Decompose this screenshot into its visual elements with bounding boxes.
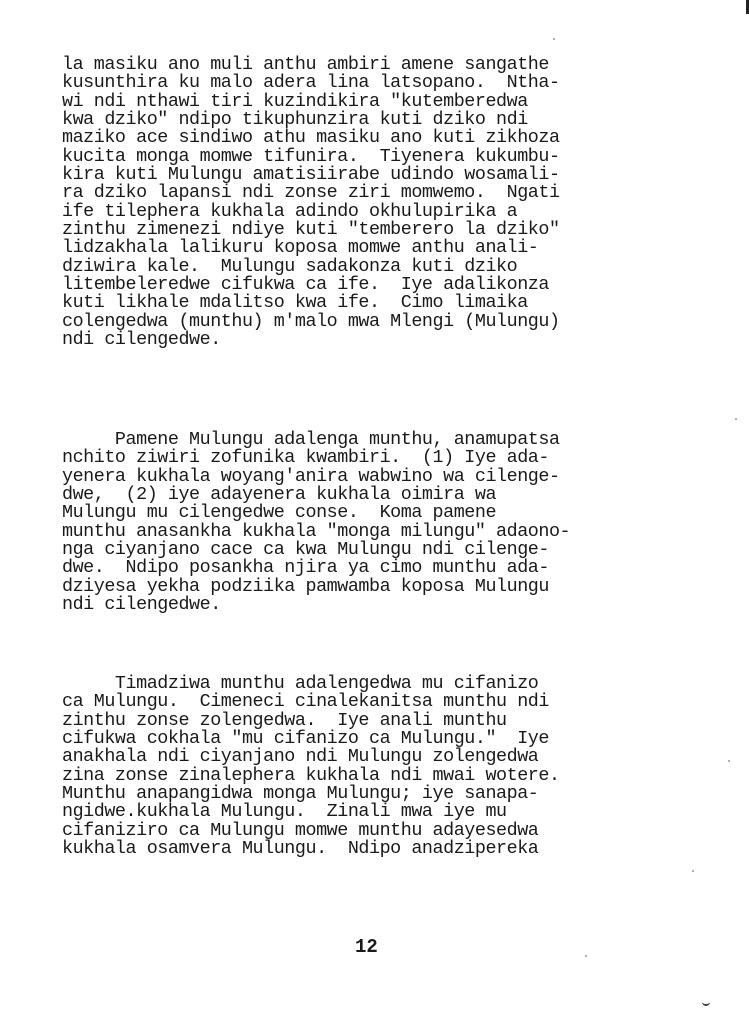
paragraph-1: la masiku ano muli anthu ambiri amene sa… (62, 56, 560, 350)
scan-speck (735, 418, 737, 420)
scan-corner-mark (702, 1000, 710, 1006)
scan-speck (553, 38, 555, 40)
page-number: 12 (355, 936, 378, 958)
scanned-page: la masiku ano muli anthu ambiri amene sa… (0, 0, 749, 1016)
paragraph-3: Timadziwa munthu adalengedwa mu cifanizo… (62, 675, 560, 858)
paragraph-2: Pamene Mulungu adalenga munthu, anamupat… (62, 431, 570, 614)
text-line: ndi cilengedwe. (62, 596, 570, 614)
text-line: ndi cilengedwe. (62, 331, 560, 349)
scan-speck (585, 955, 587, 957)
scan-speck (728, 760, 730, 762)
scan-speck (692, 870, 694, 872)
text-line: kukhala osamvera Mulungu. Ndipo anadzipe… (62, 840, 560, 858)
